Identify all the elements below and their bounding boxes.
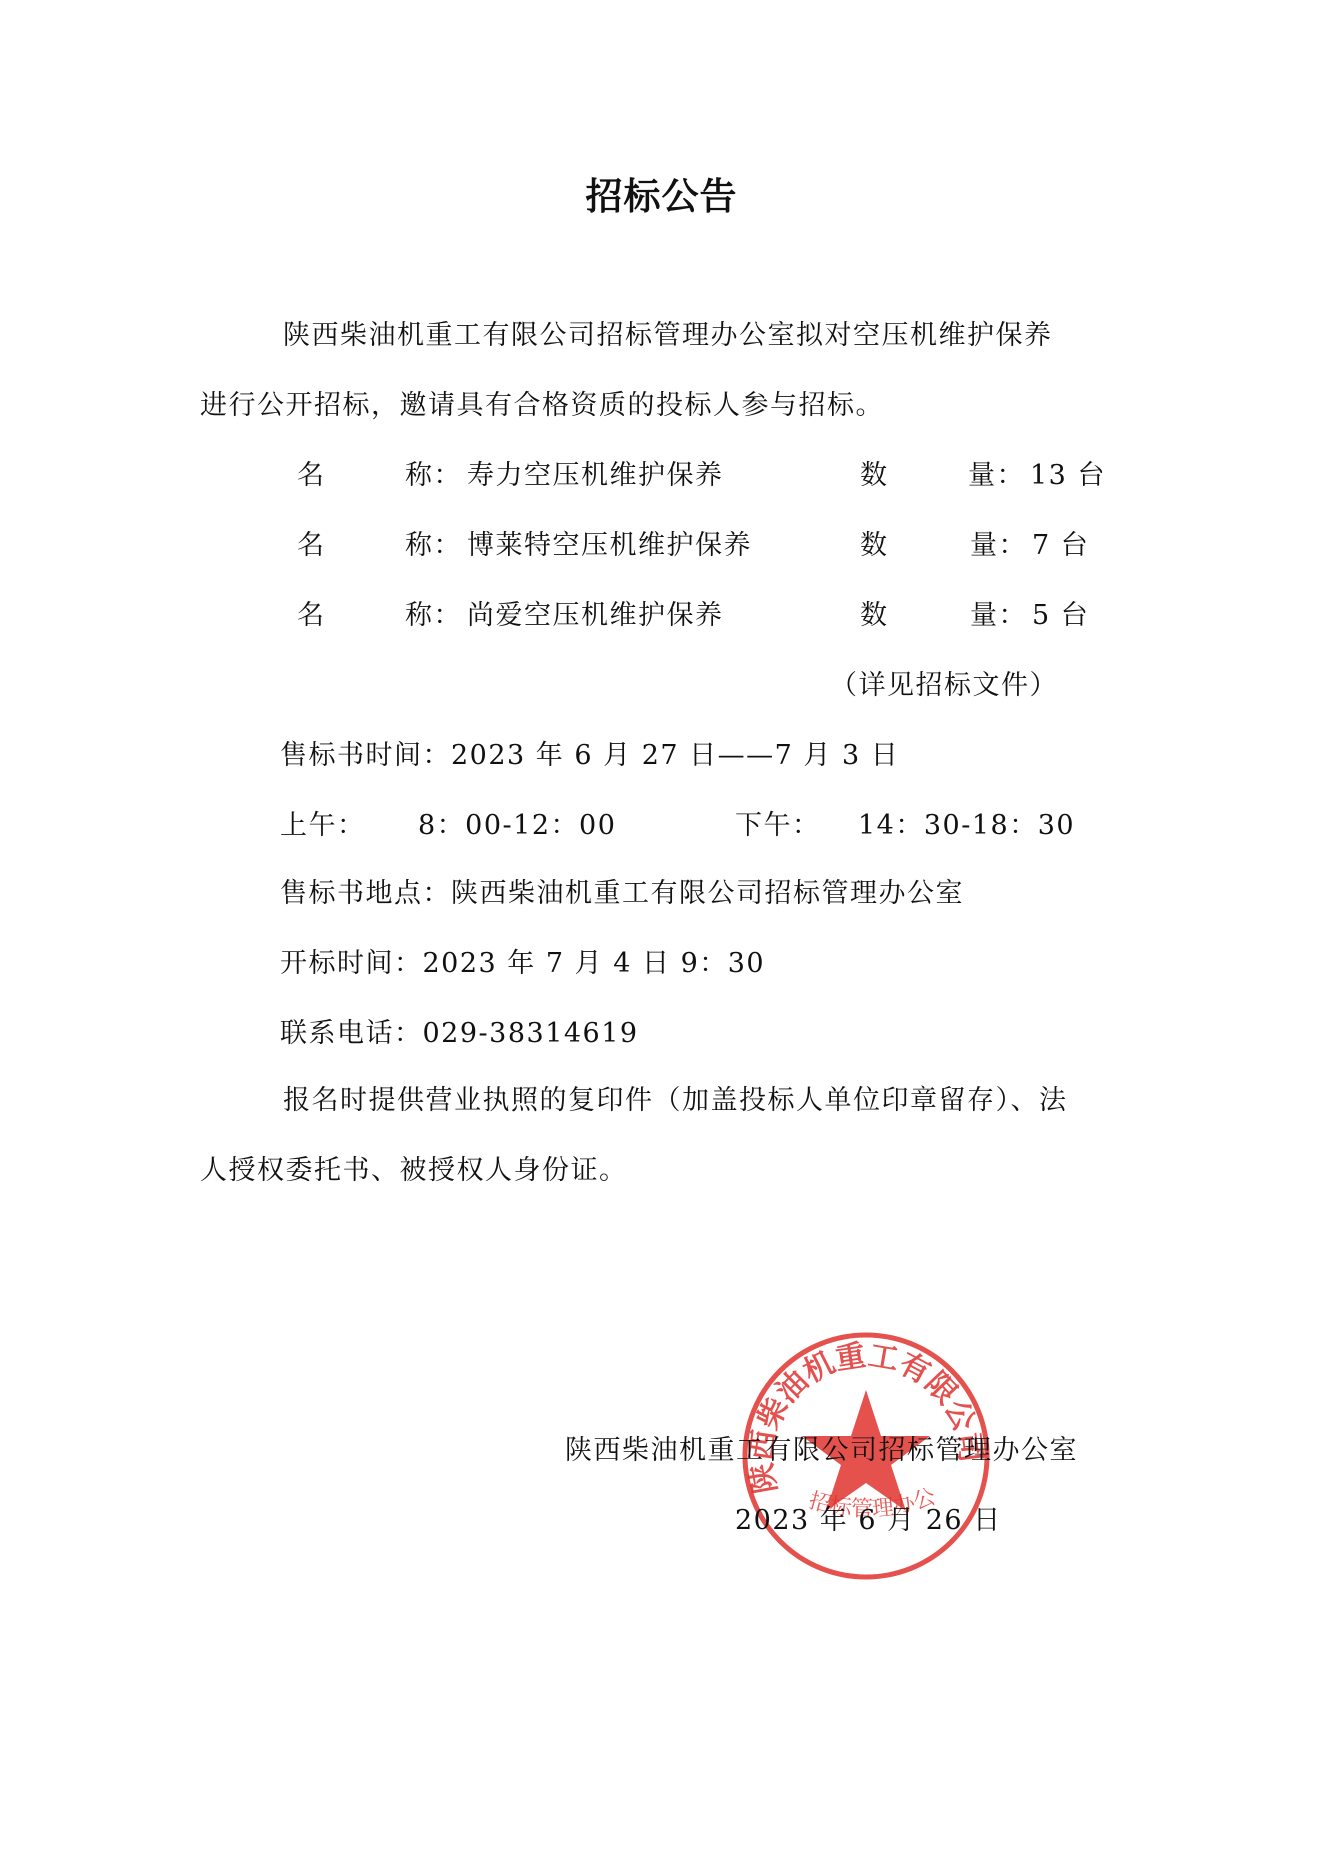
name-label-2: 称： <box>405 602 462 629</box>
pm-value: 14：30-18：30 <box>858 812 1075 839</box>
requirements-line-1: 报名时提供营业执照的复印件（加盖投标人单位印章留存）、法 <box>283 1087 1068 1114</box>
signature-org: 陕西柴油机重工有限公司招标管理办公室 <box>565 1437 1078 1464</box>
intro-line-1: 陕西柴油机重工有限公司招标管理办公室拟对空压机维护保养 <box>283 322 1053 349</box>
qty-label-2: 量： <box>968 462 1025 489</box>
am-value: 8：00-12：00 <box>418 812 616 839</box>
item-qty: 7 台 <box>1032 532 1089 559</box>
sale-location: 售标书地点：陕西柴油机重工有限公司招标管理办公室 <box>280 880 964 907</box>
opening-time: 开标时间：2023 年 7 月 4 日 9：30 <box>280 950 765 977</box>
svg-text:陕西柴油机重工有限公司: 陕西柴油机重工有限公司 <box>744 1338 988 1496</box>
name-label-1: 名 <box>297 462 326 489</box>
name-label-1: 名 <box>297 532 326 559</box>
name-label-1: 名 <box>297 602 326 629</box>
qty-label-1: 数 <box>860 532 889 559</box>
signature-date: 2023 年 6 月 26 日 <box>735 1507 1002 1534</box>
requirements-line-2: 人授权委托书、被授权人身份证。 <box>200 1157 628 1184</box>
name-label-2: 称： <box>405 532 462 559</box>
qty-label-2: 量： <box>970 602 1027 629</box>
item-name: 博莱特空压机维护保养 <box>467 532 752 559</box>
svg-text:招标管理办公室: 招标管理办公室 <box>738 1328 939 1522</box>
qty-label-1: 数 <box>860 462 889 489</box>
pm-label: 下午： <box>735 812 821 839</box>
sale-time: 售标书时间：2023 年 6 月 27 日——7 月 3 日 <box>280 742 899 769</box>
qty-label-2: 量： <box>970 532 1027 559</box>
am-label: 上午： <box>280 812 366 839</box>
item-qty: 5 台 <box>1032 602 1089 629</box>
contact-phone: 联系电话：029-38314619 <box>280 1020 639 1047</box>
item-qty: 13 台 <box>1030 462 1106 489</box>
item-name: 寿力空压机维护保养 <box>467 462 724 489</box>
intro-line-2: 进行公开招标，邀请具有合格资质的投标人参与招标。 <box>200 392 884 419</box>
see-docs-note: （详见招标文件） <box>830 672 1058 699</box>
name-label-2: 称： <box>405 462 462 489</box>
item-name: 尚爱空压机维护保养 <box>467 602 724 629</box>
page-title: 招标公告 <box>0 178 1323 215</box>
qty-label-1: 数 <box>860 602 889 629</box>
